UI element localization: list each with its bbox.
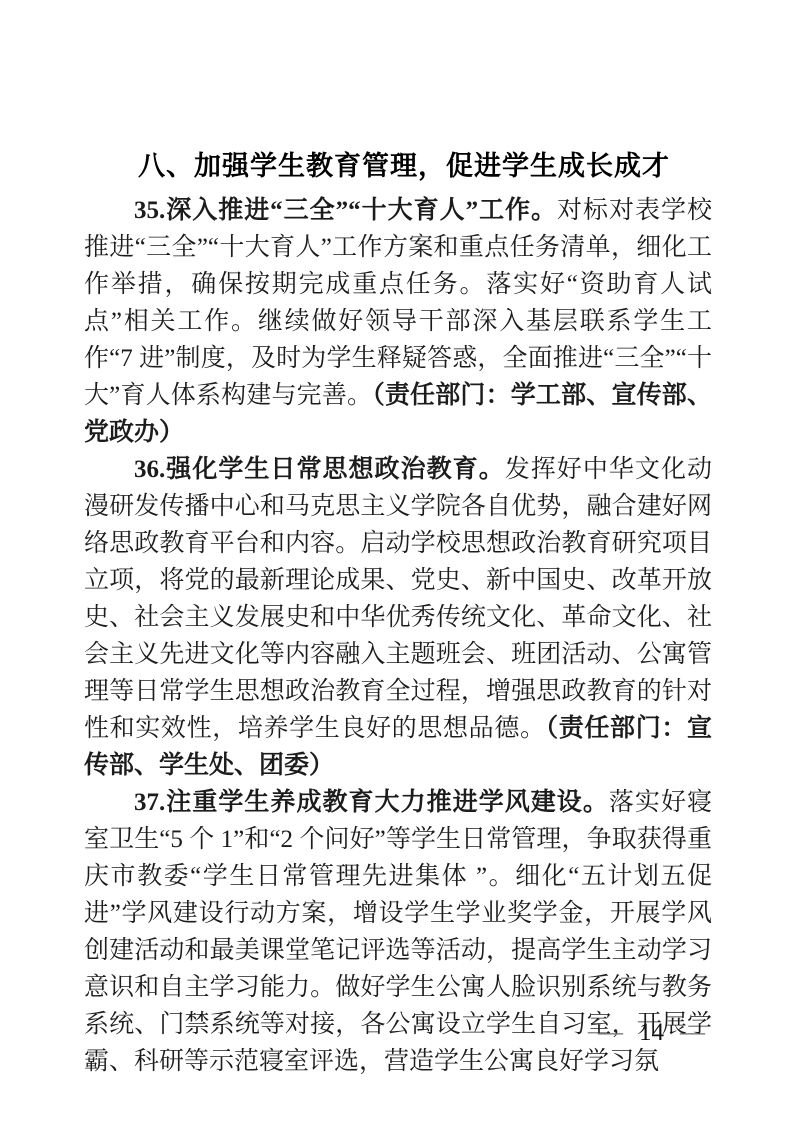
paragraph-35-body: 对标对表学校推进“三全”“十大育人”工作方案和重点任务清单，细化工作举措，确保按… (84, 197, 712, 409)
paragraph-35-lead: 35.深入推进“三全”“十大育人”工作。 (134, 197, 557, 224)
document-body: 八、加强学生教育管理，促进学生成长成才 35.深入推进“三全”“十大育人”工作。… (84, 146, 712, 1080)
paragraph-36-lead: 36.强化学生日常思想政治教育。 (134, 456, 505, 483)
footer-dash-right: — (680, 1018, 705, 1048)
paragraph-37-lead: 37.注重学生养成教育大力推进学风建设。 (134, 789, 609, 816)
page-number: 14 (639, 1018, 664, 1048)
section-heading: 八、加强学生教育管理，促进学生成长成才 (84, 146, 712, 186)
paragraph-36-body: 发挥好中华文化动漫研发传播中心和马克思主义学院各自优势，融合建好网络思政教育平台… (84, 456, 712, 742)
footer-dash-left: — (598, 1018, 623, 1048)
paragraph-36: 36.强化学生日常思想政治教育。发挥好中华文化动漫研发传播中心和马克思主义学院各… (84, 451, 712, 784)
document-page: 八、加强学生教育管理，促进学生成长成才 35.深入推进“三全”“十大育人”工作。… (0, 0, 793, 1122)
paragraph-35: 35.深入推进“三全”“十大育人”工作。对标对表学校推进“三全”“十大育人”工作… (84, 192, 712, 451)
page-footer: — 14 — (598, 1018, 705, 1048)
